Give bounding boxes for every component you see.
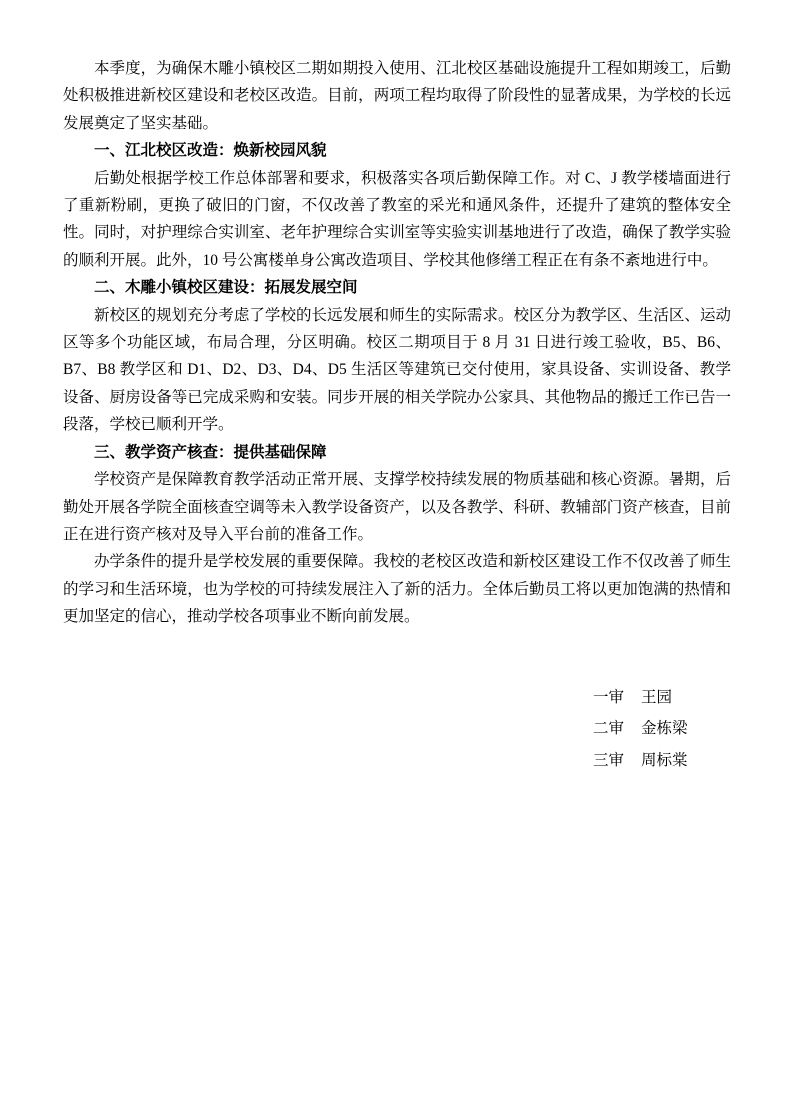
section-heading-2: 二、木雕小镇校区建设：拓展发展空间 (63, 274, 731, 301)
signature-name: 金栋梁 (641, 720, 688, 737)
section-2-paragraph: 新校区的规划充分考虑了学校的长远发展和师生的实际需求。校区分为教学区、生活区、运… (63, 302, 731, 439)
section-1-paragraph: 后勤处根据学校工作总体部署和要求，积极落实各项后勤保障工作。对 C、J 教学楼墙… (63, 165, 731, 275)
section-heading-3: 三、教学资产核查：提供基础保障 (63, 439, 731, 466)
intro-paragraph: 本季度，为确保木雕小镇校区二期如期投入使用、江北校区基础设施提升工程如期竣工，后… (63, 55, 731, 137)
signature-line-second-review: 二审金栋梁 (593, 713, 731, 745)
signature-block: 一审王园 二审金栋梁 三审周标棠 (63, 682, 731, 777)
closing-paragraph: 办学条件的提升是学校发展的重要保障。我校的老校区改造和新校区建设工作不仅改善了师… (63, 548, 731, 630)
section-3-paragraph: 学校资产是保障教育教学活动正常开展、支撑学校持续发展的物质基础和核心资源。暑期，… (63, 466, 731, 548)
section-heading-1: 一、江北校区改造：焕新校园风貌 (63, 137, 731, 164)
signature-role: 二审 (593, 720, 624, 737)
document-page: 本季度，为确保木雕小镇校区二期如期投入使用、江北校区基础设施提升工程如期竣工，后… (0, 0, 794, 1108)
signature-line-third-review: 三审周标棠 (593, 745, 731, 777)
signature-name: 周标棠 (641, 752, 688, 769)
signature-role: 一审 (593, 689, 624, 706)
signature-name: 王园 (641, 689, 672, 706)
signature-line-first-review: 一审王园 (593, 682, 731, 714)
signature-role: 三审 (593, 752, 624, 769)
